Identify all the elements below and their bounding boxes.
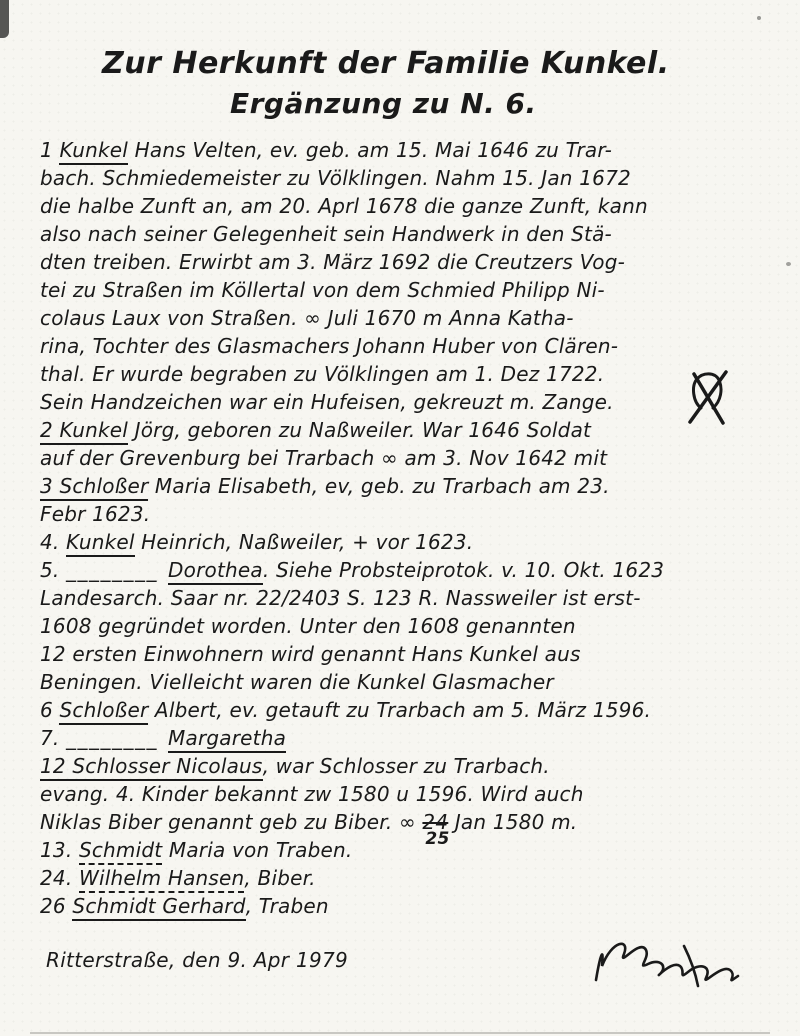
line-text: Sein Handzeichen war ein Hufeisen, gekre… bbox=[40, 390, 614, 414]
entry-number: 6 bbox=[40, 698, 59, 722]
line-text: Maria Elisabeth, ev, geb. zu Trarbach am… bbox=[148, 474, 609, 498]
line-text: , war Schlosser zu Trarbach. bbox=[263, 754, 550, 778]
line-text: Heinrich, Naßweiler, + vor 1623. bbox=[135, 530, 474, 554]
line-text: Jörg, geboren zu Naßweiler. War 1646 Sol… bbox=[128, 418, 591, 442]
text-line: evang. 4. Kinder bekannt zw 1580 u 1596.… bbox=[40, 780, 774, 808]
text-line: tei zu Straßen im Köllertal von dem Schm… bbox=[40, 276, 774, 304]
line-text: auf der Grevenburg bei Trarbach ∞ am 3. … bbox=[40, 446, 607, 470]
scan-artifact bbox=[757, 16, 761, 20]
document-subtitle: Ergänzung zu N. 6. bbox=[230, 87, 800, 120]
text-line: Sein Handzeichen war ein Hufeisen, gekre… bbox=[40, 388, 774, 416]
line-text: Febr 1623. bbox=[40, 502, 150, 526]
scan-artifact bbox=[30, 1032, 770, 1034]
surname-underlined: Wilhelm Hansen bbox=[79, 866, 244, 893]
line-text: Albert, ev. getauft zu Trarbach am 5. Mä… bbox=[148, 698, 651, 722]
line-text: 1608 gegründet worden. Unter den 1608 ge… bbox=[40, 614, 576, 638]
text-line: 1 Kunkel Hans Velten, ev. geb. am 15. Ma… bbox=[40, 136, 774, 164]
signature-icon bbox=[588, 936, 748, 995]
line-text: dten treiben. Erwirbt am 3. März 1692 di… bbox=[40, 250, 625, 274]
entry-number: 5. bbox=[40, 558, 66, 582]
line-text: Niklas Biber genannt geb zu Biber. ∞ bbox=[40, 810, 422, 834]
entry-number: 1 bbox=[40, 138, 59, 162]
document-body: 1 Kunkel Hans Velten, ev. geb. am 15. Ma… bbox=[0, 136, 800, 920]
text-line: rina, Tochter des Glasmachers Johann Hub… bbox=[40, 332, 774, 360]
entry-number: 7. bbox=[40, 726, 66, 750]
text-line: 4. Kunkel Heinrich, Naßweiler, + vor 162… bbox=[40, 528, 774, 556]
line-text: also nach seiner Gelegenheit sein Handwe… bbox=[40, 222, 612, 246]
text-line: thal. Er wurde begraben zu Völklingen am… bbox=[40, 360, 774, 388]
place-date-line: Ritterstraße, den 9. Apr 1979 bbox=[46, 948, 348, 972]
scanned-document-page: Zur Herkunft der Familie Kunkel. Ergänzu… bbox=[0, 0, 800, 1036]
text-line: auf der Grevenburg bei Trarbach ∞ am 3. … bbox=[40, 444, 774, 472]
text-line: 26 Schmidt Gerhard, Traben bbox=[40, 892, 774, 920]
text-line: Landesarch. Saar nr. 22/2403 S. 123 R. N… bbox=[40, 584, 774, 612]
text-line: Febr 1623. bbox=[40, 500, 774, 528]
line-text: Hans Velten, ev. geb. am 15. Mai 1646 zu… bbox=[128, 138, 612, 162]
entry-number: 13. bbox=[40, 838, 79, 862]
line-text: 12 ersten Einwohnern wird genannt Hans K… bbox=[40, 642, 581, 666]
text-line: bach. Schmiedemeister zu Völklingen. Nah… bbox=[40, 164, 774, 192]
text-line: Beningen. Vielleicht waren die Kunkel Gl… bbox=[40, 668, 774, 696]
surname-underlined: 2 Kunkel bbox=[40, 418, 128, 445]
text-line: 13. Schmidt Maria von Traben. bbox=[40, 836, 774, 864]
text-line: Niklas Biber genannt geb zu Biber. ∞ 242… bbox=[40, 808, 774, 836]
date-correction: 2425 bbox=[422, 808, 448, 836]
line-text: thal. Er wurde begraben zu Völklingen am… bbox=[40, 362, 604, 386]
surname-underlined: Kunkel bbox=[59, 138, 128, 165]
text-line: 24. Wilhelm Hansen, Biber. bbox=[40, 864, 774, 892]
entry-number: 24. bbox=[40, 866, 79, 890]
ditto-blank: ________ bbox=[66, 726, 158, 750]
title-block: Zur Herkunft der Familie Kunkel. Ergänzu… bbox=[0, 0, 800, 120]
entry-number: 4. bbox=[40, 530, 66, 554]
surname-underlined: Schmidt Gerhard bbox=[72, 894, 245, 921]
scan-artifact bbox=[0, 0, 9, 38]
surname-underlined: Dorothea bbox=[168, 558, 263, 585]
line-text: . Siehe Probsteiprotok. v. 10. Okt. 1623 bbox=[263, 558, 664, 582]
document-title: Zur Herkunft der Familie Kunkel. bbox=[102, 46, 800, 81]
text-line: 12 ersten Einwohnern wird genannt Hans K… bbox=[40, 640, 774, 668]
line-text: Beningen. Vielleicht waren die Kunkel Gl… bbox=[40, 670, 554, 694]
line-text: die halbe Zunft an, am 20. Aprl 1678 die… bbox=[40, 194, 648, 218]
surname-underlined: Kunkel bbox=[66, 530, 135, 557]
line-text: Maria von Traben. bbox=[162, 838, 352, 862]
surname-underlined: 3 Schloßer bbox=[40, 474, 148, 501]
line-text: colaus Laux von Straßen. ∞ Juli 1670 m A… bbox=[40, 306, 574, 330]
horseshoe-tongs-icon bbox=[686, 368, 732, 430]
surname-underlined: Margaretha bbox=[168, 726, 286, 753]
surname-underlined: Schloßer bbox=[59, 698, 148, 725]
line-text: Landesarch. Saar nr. 22/2403 S. 123 R. N… bbox=[40, 586, 641, 610]
line-text: , Traben bbox=[246, 894, 329, 918]
text-line: 5. ________Dorothea. Siehe Probsteiproto… bbox=[40, 556, 774, 584]
text-line: colaus Laux von Straßen. ∞ Juli 1670 m A… bbox=[40, 304, 774, 332]
text-line: 6 Schloßer Albert, ev. getauft zu Trarba… bbox=[40, 696, 774, 724]
text-line: 12 Schlosser Nicolaus, war Schlosser zu … bbox=[40, 752, 774, 780]
text-line: dten treiben. Erwirbt am 3. März 1692 di… bbox=[40, 248, 774, 276]
line-text: bach. Schmiedemeister zu Völklingen. Nah… bbox=[40, 166, 631, 190]
line-text: Jan 1580 m. bbox=[448, 810, 577, 834]
corrected-number: 25 bbox=[425, 825, 449, 853]
ditto-blank: ________ bbox=[66, 558, 158, 582]
text-line: die halbe Zunft an, am 20. Aprl 1678 die… bbox=[40, 192, 774, 220]
text-line: 7. ________Margaretha bbox=[40, 724, 774, 752]
line-text: tei zu Straßen im Köllertal von dem Schm… bbox=[40, 278, 605, 302]
text-line: also nach seiner Gelegenheit sein Handwe… bbox=[40, 220, 774, 248]
text-line: 1608 gegründet worden. Unter den 1608 ge… bbox=[40, 612, 774, 640]
text-line: 2 Kunkel Jörg, geboren zu Naßweiler. War… bbox=[40, 416, 774, 444]
surname-underlined: Schmidt bbox=[79, 838, 162, 865]
scan-artifact bbox=[786, 262, 791, 266]
line-text: evang. 4. Kinder bekannt zw 1580 u 1596.… bbox=[40, 782, 584, 806]
entry-number: 26 bbox=[40, 894, 72, 918]
line-text: rina, Tochter des Glasmachers Johann Hub… bbox=[40, 334, 618, 358]
text-line: 3 Schloßer Maria Elisabeth, ev, geb. zu … bbox=[40, 472, 774, 500]
line-text: , Biber. bbox=[244, 866, 315, 890]
surname-underlined: 12 Schlosser Nicolaus bbox=[40, 754, 263, 781]
